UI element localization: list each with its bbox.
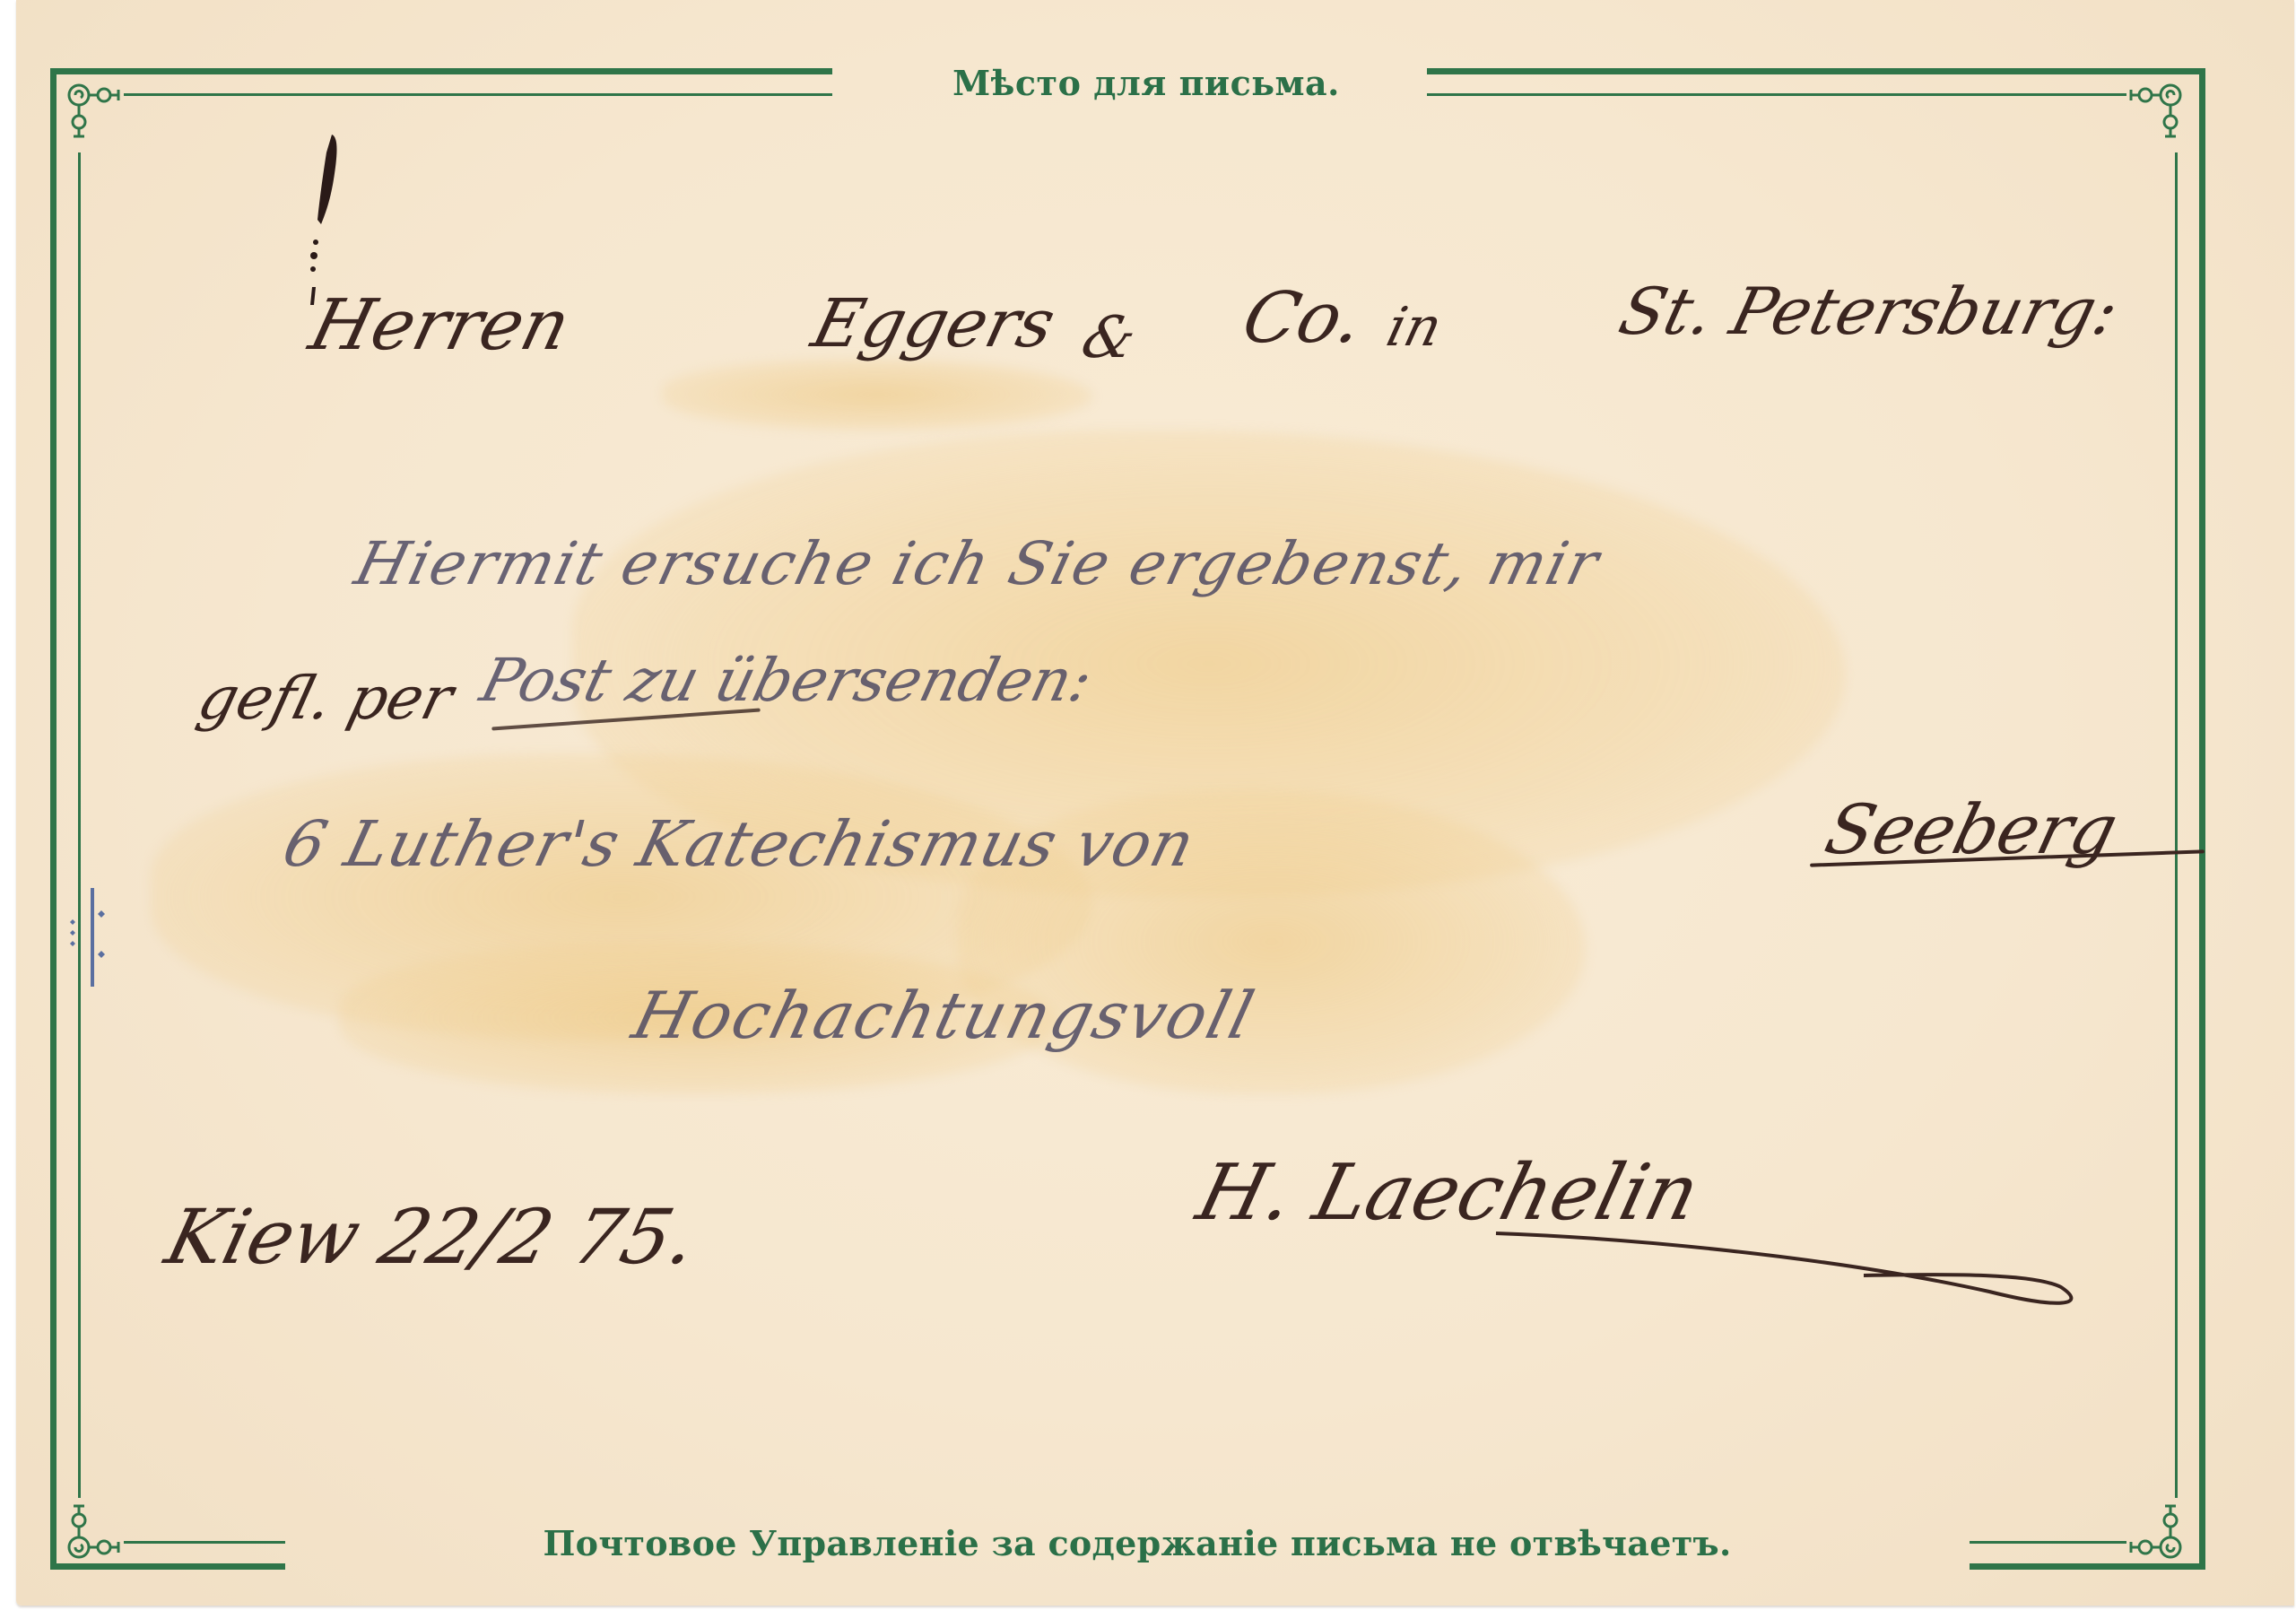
- body-line-2a: gefl. per: [191, 664, 459, 733]
- frame-outer-left: [50, 68, 57, 1570]
- frame-outer-top-right: [1427, 68, 2205, 74]
- corner-ornament-top-left-icon: [54, 77, 135, 158]
- address-company: Co.: [1235, 278, 1372, 359]
- body-line-1: Hiermit ersuche ich Sie ergebenst, mir: [348, 529, 1606, 598]
- blue-postmark-fragment: [65, 875, 110, 991]
- water-stain: [662, 359, 1092, 431]
- frame-inner-top-left: [124, 93, 832, 96]
- postcard: Мѣсто для письма. Почтовое Управленіе за…: [16, 0, 2294, 1606]
- frame-outer-top-left: [50, 68, 832, 74]
- frame-inner-bottom-right: [1970, 1541, 2126, 1544]
- corner-ornament-bottom-left-icon: [54, 1484, 135, 1565]
- place-and-date: Kiew 22/2 75.: [158, 1193, 706, 1281]
- address-city: St. Petersburg:: [1613, 274, 2126, 349]
- corner-ornament-top-right-icon: [2115, 77, 2196, 158]
- frame-inner-right: [2175, 152, 2178, 1498]
- printed-heading: Мѣсто для письма.: [868, 63, 1424, 103]
- frame-inner-bottom-left: [124, 1541, 285, 1544]
- closing-salutation: Hochachtungsvoll: [626, 978, 1263, 1053]
- frame-inner-top-right: [1427, 93, 2126, 96]
- printed-footer-disclaimer: Почтовое Управленіе за содержаніе письма…: [330, 1523, 1944, 1563]
- order-item-line: 6 Luther's Katechismus von: [276, 807, 1203, 881]
- frame-inner-left: [78, 152, 81, 1498]
- corner-ornament-bottom-right-icon: [2115, 1484, 2196, 1565]
- signature-flourish: [1487, 1220, 2115, 1319]
- ink-blot-mark: [305, 130, 350, 309]
- address-ampersand: &: [1075, 305, 1143, 371]
- frame-outer-right: [2199, 68, 2205, 1570]
- address-firm-name: Eggers: [804, 285, 1062, 362]
- body-line-2b: Post zu übersenden:: [474, 646, 1099, 715]
- address-herren: Herren: [302, 285, 578, 366]
- address-in: in: [1380, 296, 1448, 359]
